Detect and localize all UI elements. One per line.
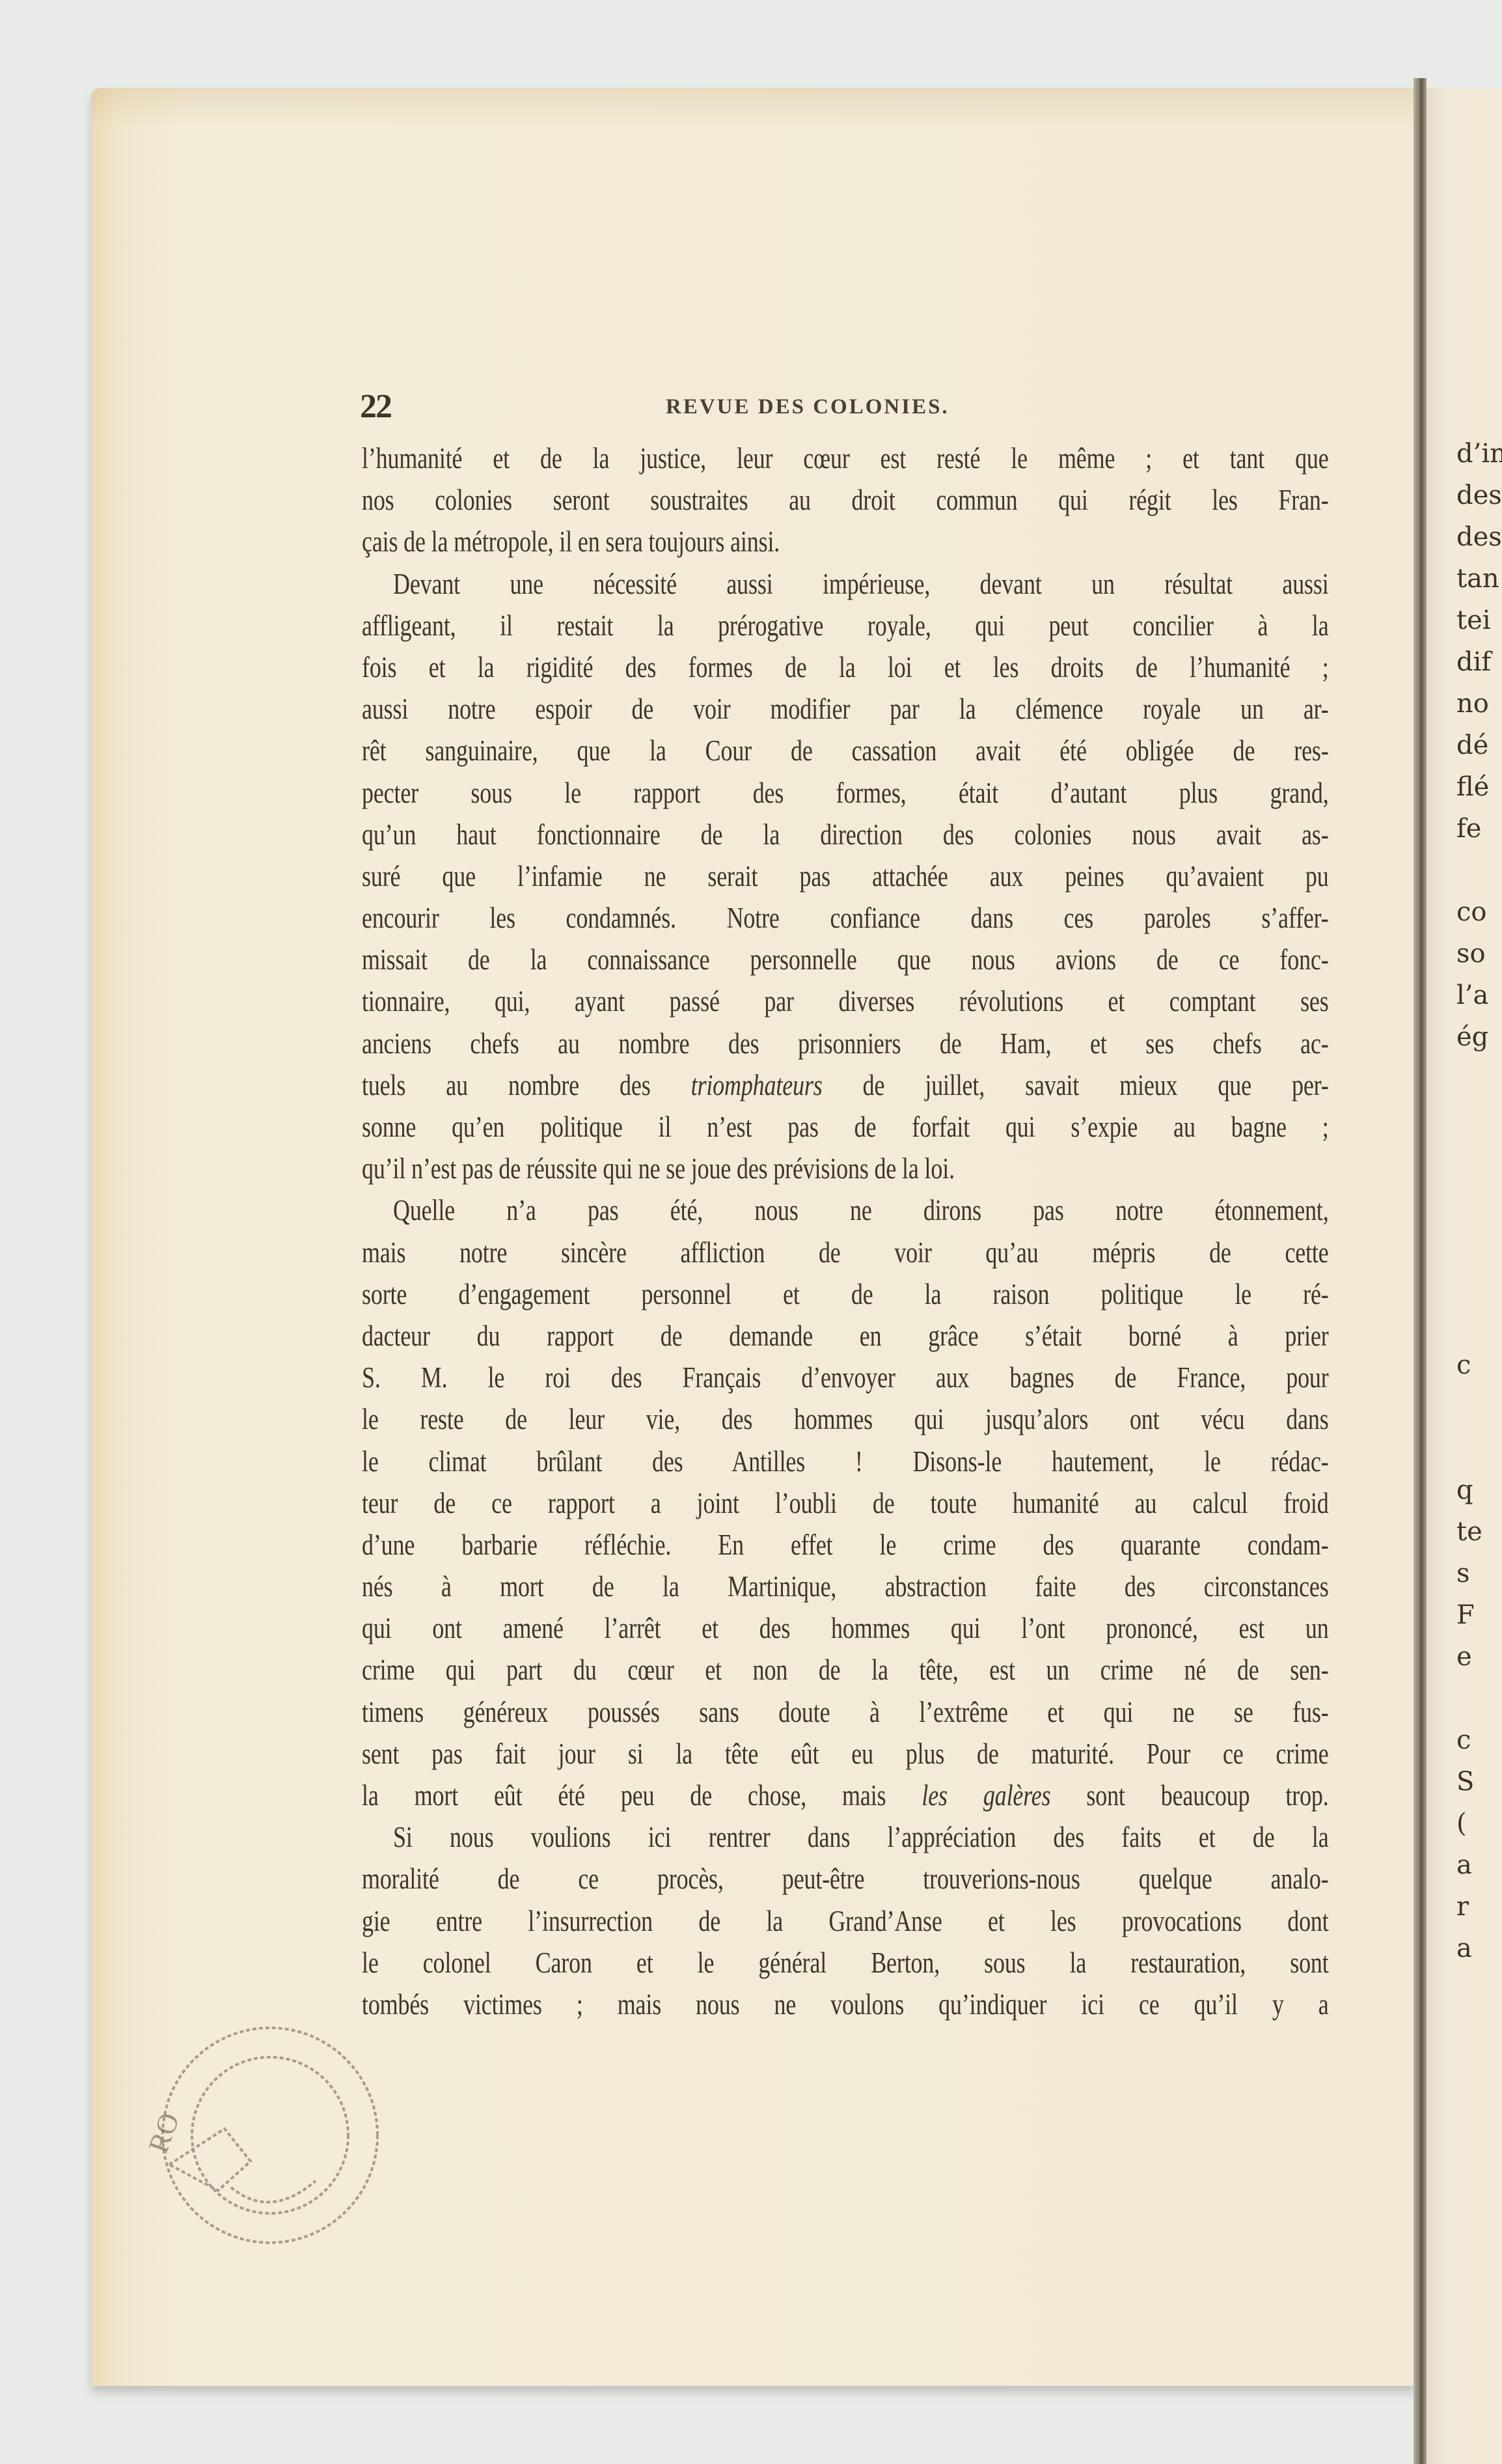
text-line: encourir les condamnés. Notre confiance …: [362, 897, 1329, 939]
text-line: missait de la connaissance personnelle q…: [362, 939, 1329, 980]
adjacent-page-fragment: F: [1456, 1594, 1475, 1636]
adjacent-page-fragment: des: [1456, 516, 1502, 558]
adjacent-page-fragment: c: [1456, 1719, 1471, 1761]
book-spine: [1413, 78, 1427, 2464]
text-line: le reste de leur vie, des hommes qui jus…: [362, 1398, 1329, 1440]
adjacent-page-fragment: des: [1456, 475, 1502, 516]
adjacent-page-fragment: co: [1456, 891, 1486, 933]
text-line: l’humanité et de la justice, leur cœur e…: [362, 437, 1329, 479]
page-number: 22: [360, 387, 391, 426]
text-line: suré que l’infamie ne serait pas attaché…: [362, 855, 1329, 897]
text-line: aussi notre espoir de voir modifier par …: [362, 688, 1329, 730]
text-line: qui ont amené l’arrêt et des hommes qui …: [362, 1607, 1329, 1649]
text-line: tionnaire, qui, ayant passé par diverses…: [362, 980, 1329, 1022]
text-span: sont beaucoup trop.: [1050, 1779, 1328, 1812]
adjacent-page-fragment: te: [1456, 1511, 1482, 1553]
text-line: nés à mort de la Martinique, abstraction…: [362, 1566, 1329, 1607]
text-line: Quelle n’a pas été, nous ne dirons pas n…: [362, 1189, 1329, 1231]
adjacent-page-fragment: e: [1456, 1636, 1472, 1678]
adjacent-page-fragment: s: [1456, 1553, 1470, 1594]
text-line: timens généreux poussés sans doute à l’e…: [362, 1691, 1329, 1733]
text-line: le climat brûlant des Antilles ! Disons-…: [362, 1441, 1329, 1482]
text-line: Devant une nécessité aussi impérieuse, d…: [362, 563, 1329, 605]
adjacent-page-fragment: l’a: [1456, 975, 1488, 1016]
adjacent-page-fragment: q: [1456, 1469, 1473, 1511]
text-line: qu’il n’est pas de réussite qui ne se jo…: [362, 1148, 1329, 1189]
adjacent-page-fragment: flé: [1456, 766, 1489, 808]
text-line: rêt sanguinaire, que la Cour de cassatio…: [362, 730, 1329, 771]
text-line: pecter sous le rapport des formes, était…: [362, 772, 1329, 814]
adjacent-page-fragment: a: [1456, 1928, 1472, 1969]
adjacent-page-fragment: S: [1456, 1761, 1474, 1803]
library-stamp-icon: RO: [120, 2025, 381, 2246]
adjacent-page-fragment: so: [1456, 933, 1486, 975]
text-line: moralité de ce procès, peut-être trouver…: [362, 1858, 1329, 1900]
adjacent-page-fragment: c: [1456, 1344, 1471, 1386]
text-line: anciens chefs au nombre des prisonniers …: [362, 1023, 1329, 1064]
text-line: sorte d’engagement personnel et de la ra…: [362, 1273, 1329, 1315]
adjacent-page-fragment: a: [1456, 1844, 1472, 1886]
text-line: crime qui part du cœur et non de la tête…: [362, 1649, 1329, 1691]
text-span: la mort eût été peu de chose, mais: [362, 1779, 922, 1812]
text-span: tuels au nombre des: [362, 1069, 691, 1101]
text-line: sent pas fait jour si la tête eût eu plu…: [362, 1733, 1329, 1775]
body-text: l’humanité et de la justice, leur cœur e…: [362, 437, 1329, 2025]
running-head: 22 REVUE DES COLONIES.: [360, 387, 1336, 426]
adjacent-page-fragment: no: [1456, 683, 1489, 725]
text-line: dacteur du rapport de demande en grâce s…: [362, 1315, 1329, 1357]
text-line: tombés victimes ; mais nous ne voulons q…: [362, 1984, 1329, 2025]
text-span: de juillet, savait mieux que per-: [823, 1069, 1329, 1101]
text-line: d’une barbarie réfléchie. En effet le cr…: [362, 1524, 1329, 1566]
adjacent-page-fragment: tan: [1456, 558, 1499, 600]
text-line: gie entre l’insurrection de la Grand’Ans…: [362, 1900, 1329, 1942]
adjacent-page-fragment: ég: [1456, 1016, 1488, 1058]
text-line: nos colonies seront soustraites au droit…: [362, 479, 1329, 521]
text-line: tuels au nombre des triomphateurs de jui…: [362, 1064, 1329, 1106]
text-line: qu’un haut fonctionnaire de la direction…: [362, 814, 1329, 855]
text-line: fois et la rigidité des formes de la loi…: [362, 646, 1329, 688]
adjacent-page-fragment: dif: [1456, 641, 1491, 683]
stamp-text: RO: [142, 2109, 185, 2157]
adjacent-page-fragment: r: [1456, 1886, 1469, 1928]
text-line: teur de ce rapport a joint l’oubli de to…: [362, 1482, 1329, 1524]
italic-text: les galères: [922, 1779, 1050, 1812]
adjacent-page-fragment: (: [1456, 1803, 1467, 1844]
text-line: çais de la métropole, il en sera toujour…: [362, 521, 1329, 562]
text-line: S. M. le roi des Français d’envoyer aux …: [362, 1357, 1329, 1398]
text-line: Si nous voulions ici rentrer dans l’appr…: [362, 1816, 1329, 1858]
text-line: le colonel Caron et le général Berton, s…: [362, 1942, 1329, 1984]
running-title: REVUE DES COLONIES.: [666, 395, 949, 419]
adjacent-page-fragment: d’in: [1456, 433, 1502, 475]
italic-text: triomphateurs: [691, 1069, 823, 1101]
adjacent-page-fragment: tei: [1456, 600, 1491, 641]
text-line: affligeant, il restait la prérogative ro…: [362, 605, 1329, 646]
text-line: mais notre sincère affliction de voir qu…: [362, 1232, 1329, 1273]
text-line: la mort eût été peu de chose, mais les g…: [362, 1775, 1329, 1816]
adjacent-page-fragment: fe: [1456, 808, 1481, 850]
adjacent-page-fragment: dé: [1456, 725, 1488, 766]
text-line: sonne qu’en politique il n’est pas de fo…: [362, 1106, 1329, 1148]
